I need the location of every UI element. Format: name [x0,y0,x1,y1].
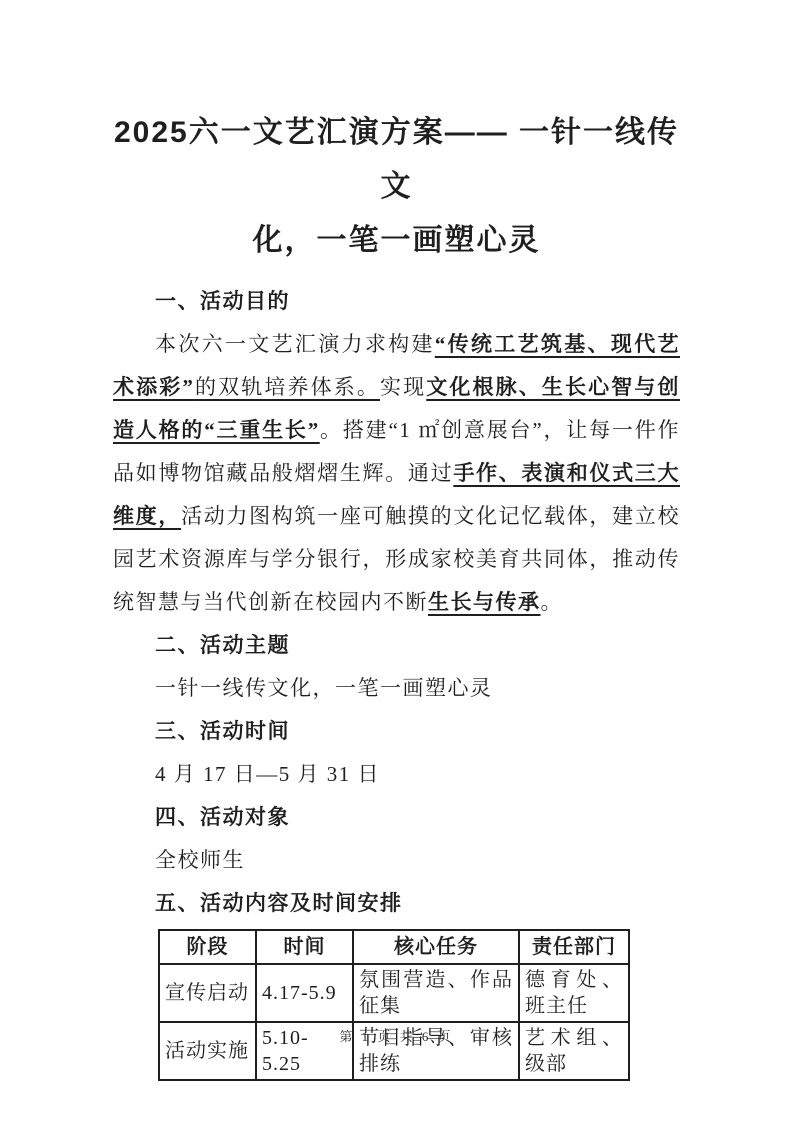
paragraph-run: 实现 [380,375,426,399]
schedule-table: 阶段 时间 核心任务 责任部门 宣传启动 4.17-5.9 氛围营造、作品征集 … [158,929,630,1081]
table-header-row: 阶段 时间 核心任务 责任部门 [159,930,629,964]
table-header-time: 时间 [256,930,353,964]
table-cell-task: 氛围营造、作品征集 [353,964,519,1022]
theme-content: 一针一线传文化，一笔一画塑心灵 [113,667,680,710]
document-title: 2025六一文艺汇演方案—— 一针一线传文 化，一笔一画塑心灵 [113,106,680,268]
paragraph-run: 本次六一文艺汇演力求构建 [155,332,435,356]
page-footer: 第 1 页 共 6 页 [0,1026,793,1045]
table-header-department: 责任部门 [519,930,629,964]
document-content: 2025六一文艺汇演方案—— 一针一线传文 化，一笔一画塑心灵 一、活动目的 本… [0,0,793,1081]
section-heading-schedule: 五、活动内容及时间安排 [113,882,680,925]
paragraph-run: 活动力图构筑一座可触摸的文化记忆载体，建立校园艺术资源库与学分银行，形成家校美育… [113,504,680,614]
table-header-stage: 阶段 [159,930,256,964]
section-heading-audience: 四、活动对象 [113,796,680,839]
table-cell-time: 4.17-5.9 [256,964,353,1022]
document-title-line-1: 2025六一文艺汇演方案—— 一针一线传文 [113,106,680,214]
page-number-indicator: 第 1 页 共 6 页 [339,1029,453,1044]
section-heading-time: 三、活动时间 [113,710,680,753]
document-title-line-2: 化，一笔一画塑心灵 [113,214,680,268]
audience-content: 全校师生 [113,839,680,882]
section-heading-theme: 二、活动主题 [113,624,680,667]
document-page: 2025六一文艺汇演方案—— 一针一线传文 化，一笔一画塑心灵 一、活动目的 本… [0,0,793,1122]
paragraph-run-underlined: 的双轨培养体系。 [194,375,380,399]
paragraph-run-emphasis: 生长与传承 [428,590,541,614]
table-row: 宣传启动 4.17-5.9 氛围营造、作品征集 德育处、班主任 [159,964,629,1022]
document-body: 一、活动目的 本次六一文艺汇演力求构建“传统工艺筑基、现代艺术添彩”的双轨培养体… [113,280,680,1081]
section-heading-purpose: 一、活动目的 [113,280,680,323]
table-cell-department: 德育处、班主任 [519,964,629,1022]
time-content: 4 月 17 日—5 月 31 日 [113,753,680,796]
purpose-paragraph: 本次六一文艺汇演力求构建“传统工艺筑基、现代艺术添彩”的双轨培养体系。实现文化根… [113,323,680,624]
table-header-task: 核心任务 [353,930,519,964]
paragraph-run: 。 [541,590,564,614]
table-cell-stage: 宣传启动 [159,964,256,1022]
